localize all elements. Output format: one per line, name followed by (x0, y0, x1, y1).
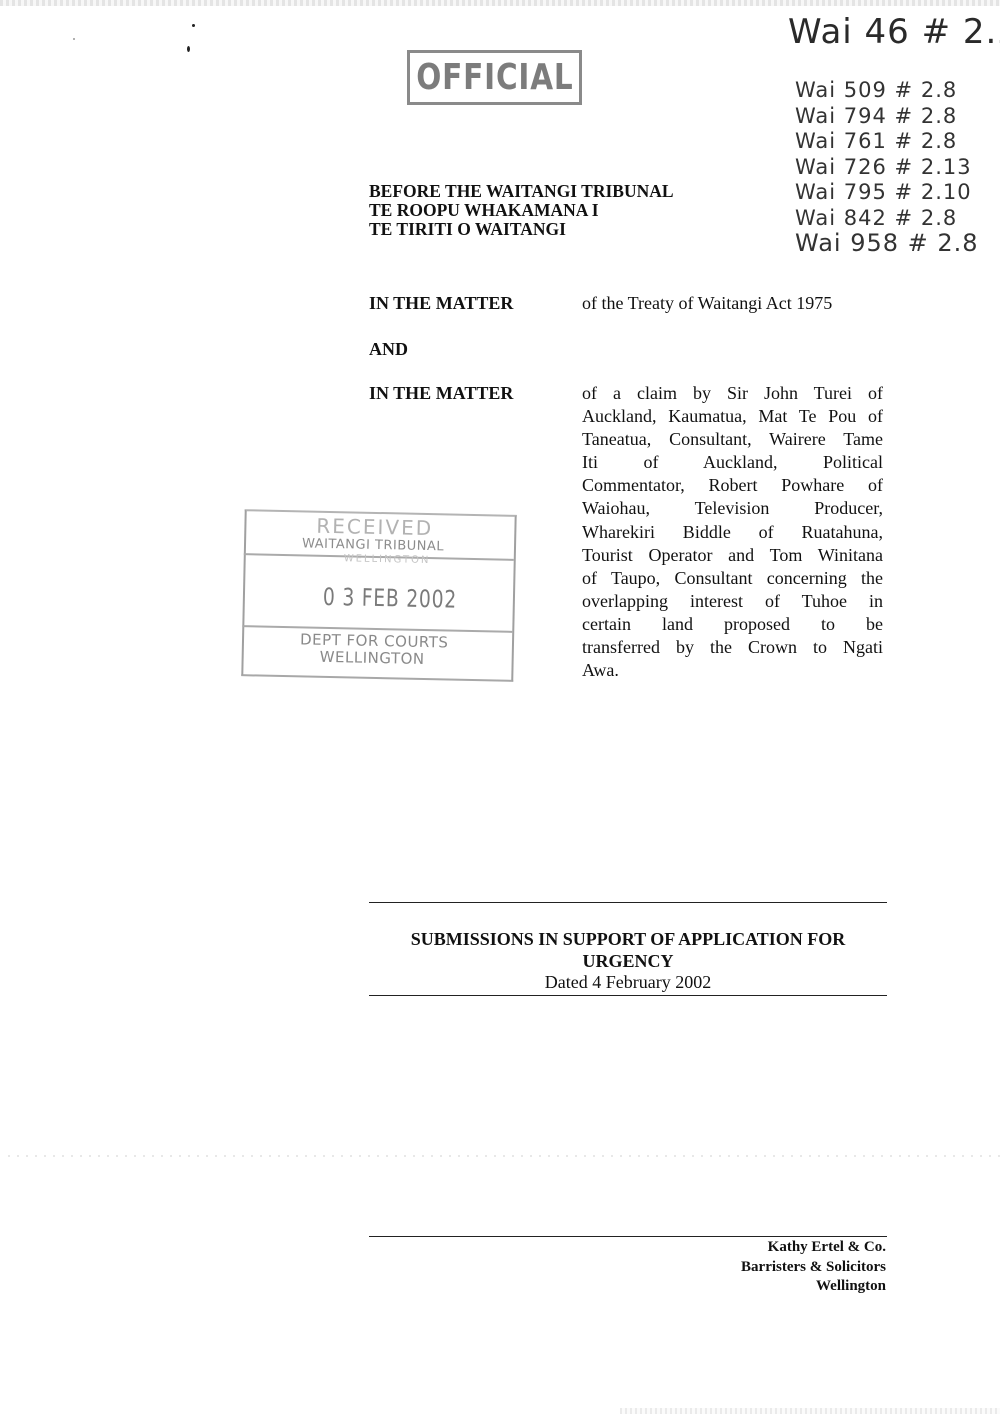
handwritten-reference: Wai 509 # 2.8 (795, 78, 979, 104)
scan-edge-bottom (620, 1408, 1000, 1414)
firm-rule (369, 1236, 887, 1237)
handwritten-reference: Wai 761 # 2.8 (795, 129, 979, 155)
claim-line: Iti of Auckland, Political (582, 451, 883, 474)
scan-artifact-line (8, 1155, 1000, 1157)
handwritten-reference: Wai 842 # 2.8 (795, 206, 979, 232)
scan-edge-top (0, 0, 1000, 6)
and-label: AND (369, 339, 408, 360)
claim-line: Taneatua, Consultant, Wairere Tame (582, 428, 883, 451)
heading-line: TE ROOPU WHAKAMANA I (369, 201, 674, 220)
received-stamp-organisation: WAITANGI TRIBUNAL (302, 536, 444, 554)
received-stamp-date: 0 3 FEB 2002 (323, 583, 458, 614)
official-stamp-text: OFFICIAL (416, 57, 573, 98)
handwritten-reference: Wai 726 # 2.13 (795, 155, 979, 181)
claim-line: of Taupo, Consultant concerning the (582, 567, 883, 590)
second-matter-label: IN THE MATTER (369, 383, 513, 404)
submission-date: Dated 4 February 2002 (369, 972, 887, 993)
title-rule-top (369, 902, 887, 903)
heading-line: TE TIRITI O WAITANGI (369, 220, 674, 239)
received-stamp-city: WELLINGTON (319, 648, 424, 668)
firm-type: Barristers & Solicitors (560, 1258, 886, 1278)
submission-title-line: URGENCY (369, 950, 887, 972)
claim-line: Awa. (582, 659, 883, 682)
handwritten-reference: Wai 795 # 2.10 (795, 180, 979, 206)
handwritten-main-reference: Wai 46 # 2.215 (788, 12, 1000, 52)
title-rule-bottom (369, 995, 887, 996)
handwritten-reference: Wai 794 # 2.8 (795, 104, 979, 130)
submission-title-line: SUBMISSIONS IN SUPPORT OF APPLICATION FO… (369, 928, 887, 950)
scan-speck (187, 46, 190, 52)
handwritten-reference-list: Wai 509 # 2.8 Wai 794 # 2.8 Wai 761 # 2.… (795, 78, 979, 257)
first-matter-label: IN THE MATTER (369, 293, 513, 314)
official-stamp: OFFICIAL (407, 50, 582, 105)
firm-block: Kathy Ertel & Co. Barristers & Solicitor… (560, 1238, 886, 1297)
submission-title: SUBMISSIONS IN SUPPORT OF APPLICATION FO… (369, 928, 887, 972)
received-stamp: RECEIVED WAITANGI TRIBUNAL WELLINGTON 0 … (241, 509, 514, 680)
claim-line: overlapping interest of Tuhoe in (582, 590, 883, 613)
claim-line: of a claim by Sir John Turei of (582, 382, 883, 405)
firm-name: Kathy Ertel & Co. (560, 1238, 886, 1258)
received-stamp-location: WELLINGTON (344, 553, 431, 566)
claim-description: of a claim by Sir John Turei of Auckland… (582, 382, 883, 682)
claim-line: Waiohau, Television Producer, (582, 497, 883, 520)
scan-speck (73, 38, 75, 40)
first-matter-text: of the Treaty of Waitangi Act 1975 (582, 293, 832, 314)
scan-speck (192, 24, 195, 27)
claim-line: certain land proposed to be (582, 613, 883, 636)
claim-line: transferred by the Crown to Ngati (582, 636, 883, 659)
tribunal-heading: BEFORE THE WAITANGI TRIBUNAL TE ROOPU WH… (369, 182, 674, 239)
claim-line: Tourist Operator and Tom Winitana (582, 544, 883, 567)
claim-line: Wharekiri Biddle of Ruatahuna, (582, 521, 883, 544)
firm-city: Wellington (560, 1277, 886, 1297)
claim-line: Commentator, Robert Powhare of (582, 474, 883, 497)
claim-line: Auckland, Kaumatua, Mat Te Pou of (582, 405, 883, 428)
handwritten-reference: Wai 958 # 2.8 (795, 231, 979, 257)
heading-line: BEFORE THE WAITANGI TRIBUNAL (369, 182, 674, 201)
